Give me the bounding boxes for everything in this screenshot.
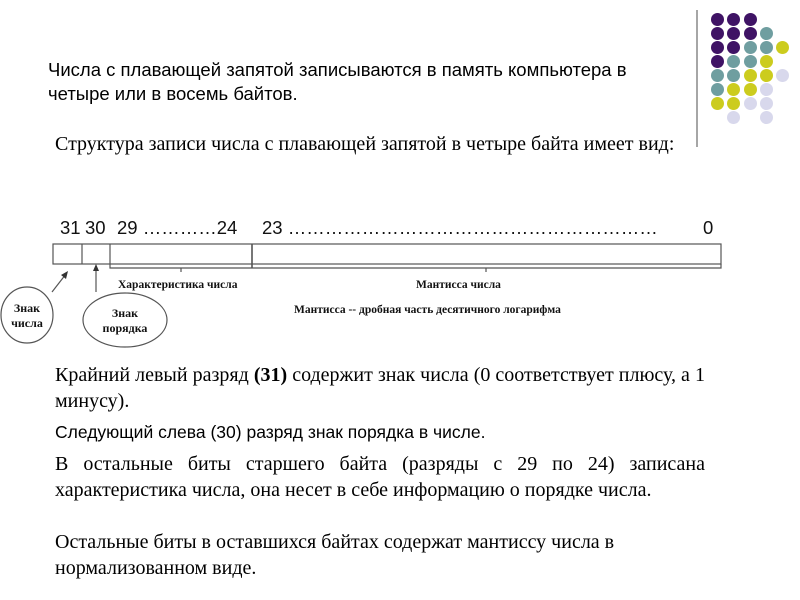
paragraph-mantissa: Остальные биты в оставшихся байтах содер… xyxy=(55,529,705,581)
p1-bold: (31) xyxy=(254,364,287,386)
bit-layout-diagram xyxy=(0,0,800,600)
bubble-sign-order-text: Знак порядка xyxy=(90,306,160,336)
bubble-sign-number-text: Знак числа xyxy=(3,301,51,331)
bit-field-box xyxy=(53,244,721,264)
range-bracket xyxy=(110,264,721,268)
bubble-line: Знак xyxy=(3,301,51,316)
mantissa-definition: Мантисса -- дробная часть десятичного ло… xyxy=(294,304,561,316)
p1-prefix: Крайний левый разряд xyxy=(55,364,254,386)
characteristic-label: Характеристика числа xyxy=(118,279,237,291)
mantissa-label: Мантисса числа xyxy=(416,279,501,291)
paragraph-characteristic: В остальные биты старшего байта (разряды… xyxy=(55,451,705,503)
paragraph-order-sign: Следующий слева (30) разряд знак порядка… xyxy=(55,419,705,445)
bubble-line: Знак xyxy=(90,306,160,321)
paragraph-sign-bit: Крайний левый разряд (31) содержит знак … xyxy=(55,362,705,414)
bubble-line: порядка xyxy=(90,321,160,336)
bubble-line: числа xyxy=(3,316,51,331)
